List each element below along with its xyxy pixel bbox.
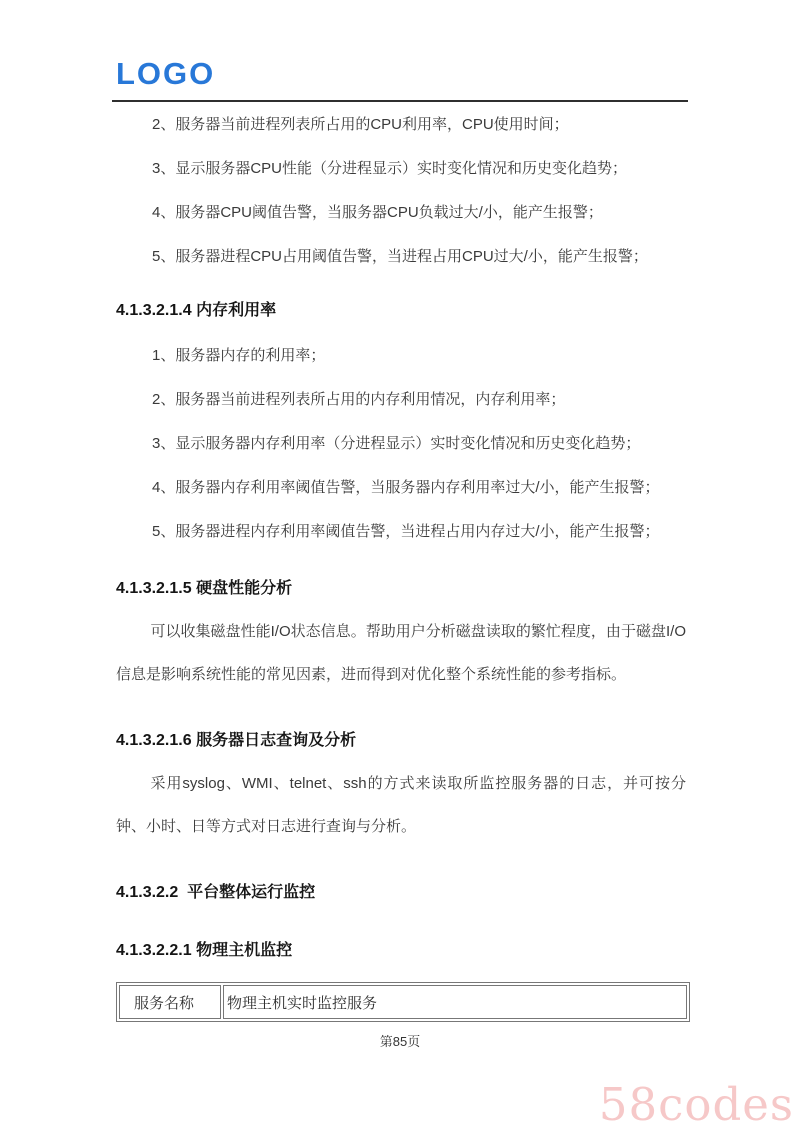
paragraph-disk: 可以收集磁盘性能I/O状态信息。帮助用户分析磁盘读取的繁忙程度，由于磁盘I/O信…	[116, 610, 686, 696]
list-item: 2、服务器当前进程列表所占用的CPU利用率，CPU使用时间；	[116, 116, 686, 134]
service-table: 服务名称 物理主机实时监控服务	[116, 982, 690, 1022]
section-heading-log: 4.1.3.2.1.6 服务器日志查询及分析	[116, 731, 686, 751]
paragraph-log: 采用syslog、WMI、telnet、ssh的方式来读取所监控服务器的日志，并…	[116, 762, 686, 848]
section-heading-host: 4.1.3.2.2.1 物理主机监控	[116, 941, 686, 961]
list-item: 5、服务器进程CPU占用阈值告警，当进程占用CPU过大/小，能产生报警；	[116, 248, 686, 266]
list-item: 4、服务器CPU阈值告警，当服务器CPU负载过大/小，能产生报警；	[116, 204, 686, 222]
list-item: 3、显示服务器内存利用率（分进程显示）实时变化情况和历史变化趋势；	[116, 435, 686, 453]
section-heading-memory: 4.1.3.2.1.4 内存利用率	[116, 301, 686, 321]
list-item: 4、服务器内存利用率阈值告警，当服务器内存利用率过大/小，能产生报警；	[116, 479, 686, 497]
table-label-cell: 服务名称	[119, 985, 221, 1019]
watermark: 58codes	[599, 1078, 794, 1131]
list-item: 3、显示服务器CPU性能（分进程显示）实时变化情况和历史变化趋势；	[116, 160, 686, 178]
header-rule	[112, 100, 688, 102]
section-heading-disk: 4.1.3.2.1.5 硬盘性能分析	[116, 579, 686, 599]
logo: LOGO	[116, 56, 686, 92]
page-number: 第85页	[0, 1031, 800, 1050]
list-item: 1、服务器内存的利用率；	[116, 347, 686, 365]
list-item: 5、服务器进程内存利用率阈值告警，当进程占用内存过大/小，能产生报警；	[116, 523, 686, 541]
list-item: 2、服务器当前进程列表所占用的内存利用情况，内存利用率；	[116, 391, 686, 409]
section-heading-platform: 4.1.3.2.2 平台整体运行监控	[116, 883, 686, 903]
page-content: LOGO 2、服务器当前进程列表所占用的CPU利用率，CPU使用时间； 3、显示…	[116, 0, 686, 1022]
table-value-cell: 物理主机实时监控服务	[223, 985, 687, 1019]
table-row: 服务名称 物理主机实时监控服务	[119, 985, 687, 1019]
document-page: LOGO 2、服务器当前进程列表所占用的CPU利用率，CPU使用时间； 3、显示…	[0, 0, 800, 1132]
